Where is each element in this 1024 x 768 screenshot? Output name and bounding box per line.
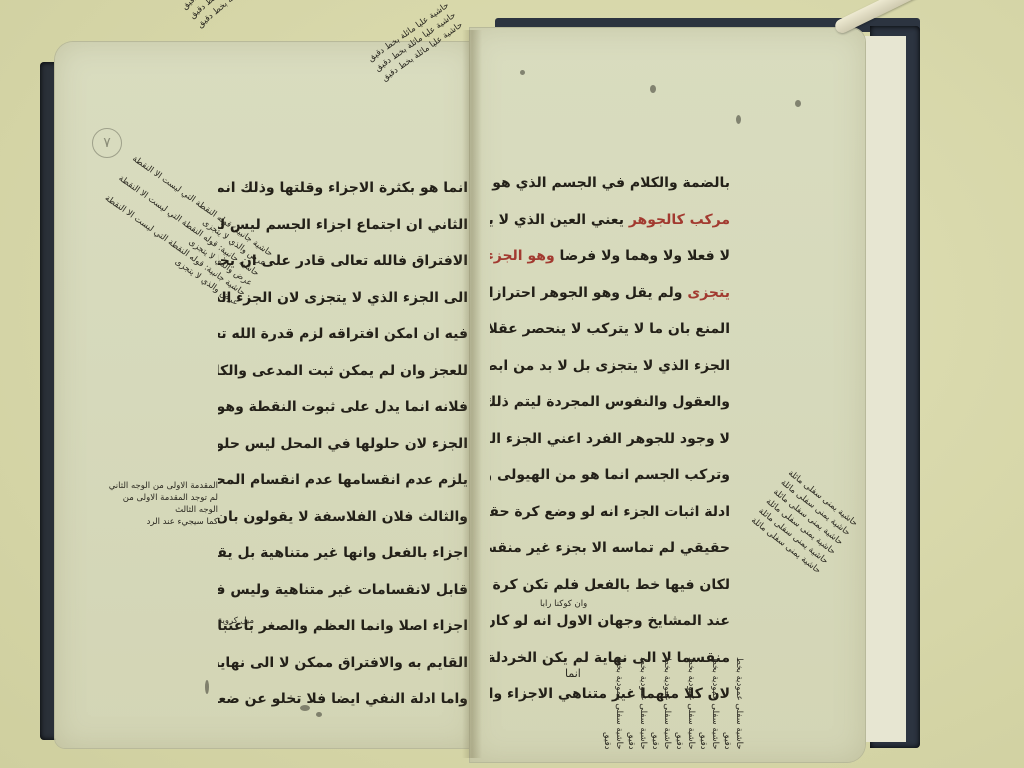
ink-stain [650,85,656,93]
text-line: الجزء لان حلولها في المحل ليس حلول السري… [218,426,468,463]
text-line: عند المشايخ وجهان الاول انه لو كان كل عي… [490,603,730,640]
text-line: اجزاء بالفعل وانها غير متناهية بل يقولون… [218,535,468,572]
text-line: قابل لانقسامات غير متناهية وليس فيه اجتم… [218,572,468,609]
text-line: الافتراق فالله تعالى قادر على ان يخلق في… [218,243,468,280]
ink-stain [795,100,801,107]
text-line: انما هو بكثرة الاجزاء وقلتها وذلك انما ي… [218,170,468,207]
book-gutter [462,30,482,758]
ink-stain [300,705,310,711]
text-line: المنع بان ما لا يتركب لا ينحصر عقلا في ا… [490,311,730,348]
ink-stain [316,712,322,717]
interlinear-note: وان كوكنا رابا [540,598,587,610]
left-lower-margin-note: المقدمة الاولى من الوجه الثاني لم توجد ا… [108,480,218,528]
text-line: لكان فيها خط بالفعل فلم تكن كرة حقيقية و… [490,567,730,604]
text-line: بالضمة والكلام في الجسم الذي هو اسم للصف… [490,165,730,202]
text-line: الجزء الذي لا يتجزى بل لا بد من ابطال ال… [490,348,730,385]
text-line: حقيقي لم تماسه الا بجزء غير منقسم اذ لو … [490,530,730,567]
text-line: يلزم عدم انقسامها عدم انقسام المحل واما … [218,462,468,499]
text-line: ادلة اثبات الجزء انه لو وضع كرة حقيقية ع… [490,494,730,531]
text-line: يتجزى ولم يقل وهو الجوهر احترازا عن ورود [490,275,730,312]
right-page-main-text: بالضمة والكلام في الجسم الذي هو اسم للصف… [490,165,730,713]
text-line: وتركب الجسم انما هو من الهيولى والصورة و… [490,457,730,494]
left-page-main-text: انما هو بكثرة الاجزاء وقلتها وذلك انما ي… [218,170,468,718]
rubric: مركب كالجوهر [629,212,730,228]
text-line: واما ادلة النفي ايضا فلا تخلو عن ضعف وله… [218,681,468,718]
ink-stain [520,70,525,75]
folio-number: ٧ [92,128,122,158]
rubric: يتجزى [687,285,730,301]
text-line: للعجز وان لم يمكن ثبت المدعى والكل ضعيف … [218,353,468,390]
text-line: لا وجود للجوهر الفرد اعني الجزء الذي لا … [490,421,730,458]
catchword: انما [565,668,581,680]
rubric: وهو الجزء الذي لا [490,248,555,264]
catchword: ميل كروية [218,615,254,627]
text-line: مركب كالجوهر يعني العين الذي لا يقبل الا… [490,202,730,239]
text-line: اجزاء اصلا وانما العظم والصغر باعتبار ال… [218,608,468,645]
text-line: فلانه انما يدل على ثبوت النقطة وهو لا يس… [218,389,468,426]
text-line: الى الجزء الذي لا يتجزى لان الجزء الذي ت… [218,280,468,317]
text-line: القايم به والافتراق ممكن لا الى نهاية فل… [218,645,468,682]
text-line: والثالث فلان الفلاسفة لا يقولون بان الجس… [218,499,468,536]
text-line: لا فعلا ولا وهما ولا فرضا وهو الجزء الذي… [490,238,730,275]
ink-stain [736,115,741,124]
right-bottom-margin-note: حاشية سفلى عمودية بخط دقيق حاشية سفلى عم… [595,640,745,750]
ink-stain [205,680,209,694]
text-line: الثاني ان اجتماع اجزاء الجسم ليس لذاته و… [218,207,468,244]
text-line: فيه ان امكن افتراقه لزم قدرة الله تعالى … [218,316,468,353]
text-line: والعقول والنفوس المجردة ليتم ذلك وعند ال… [490,384,730,421]
